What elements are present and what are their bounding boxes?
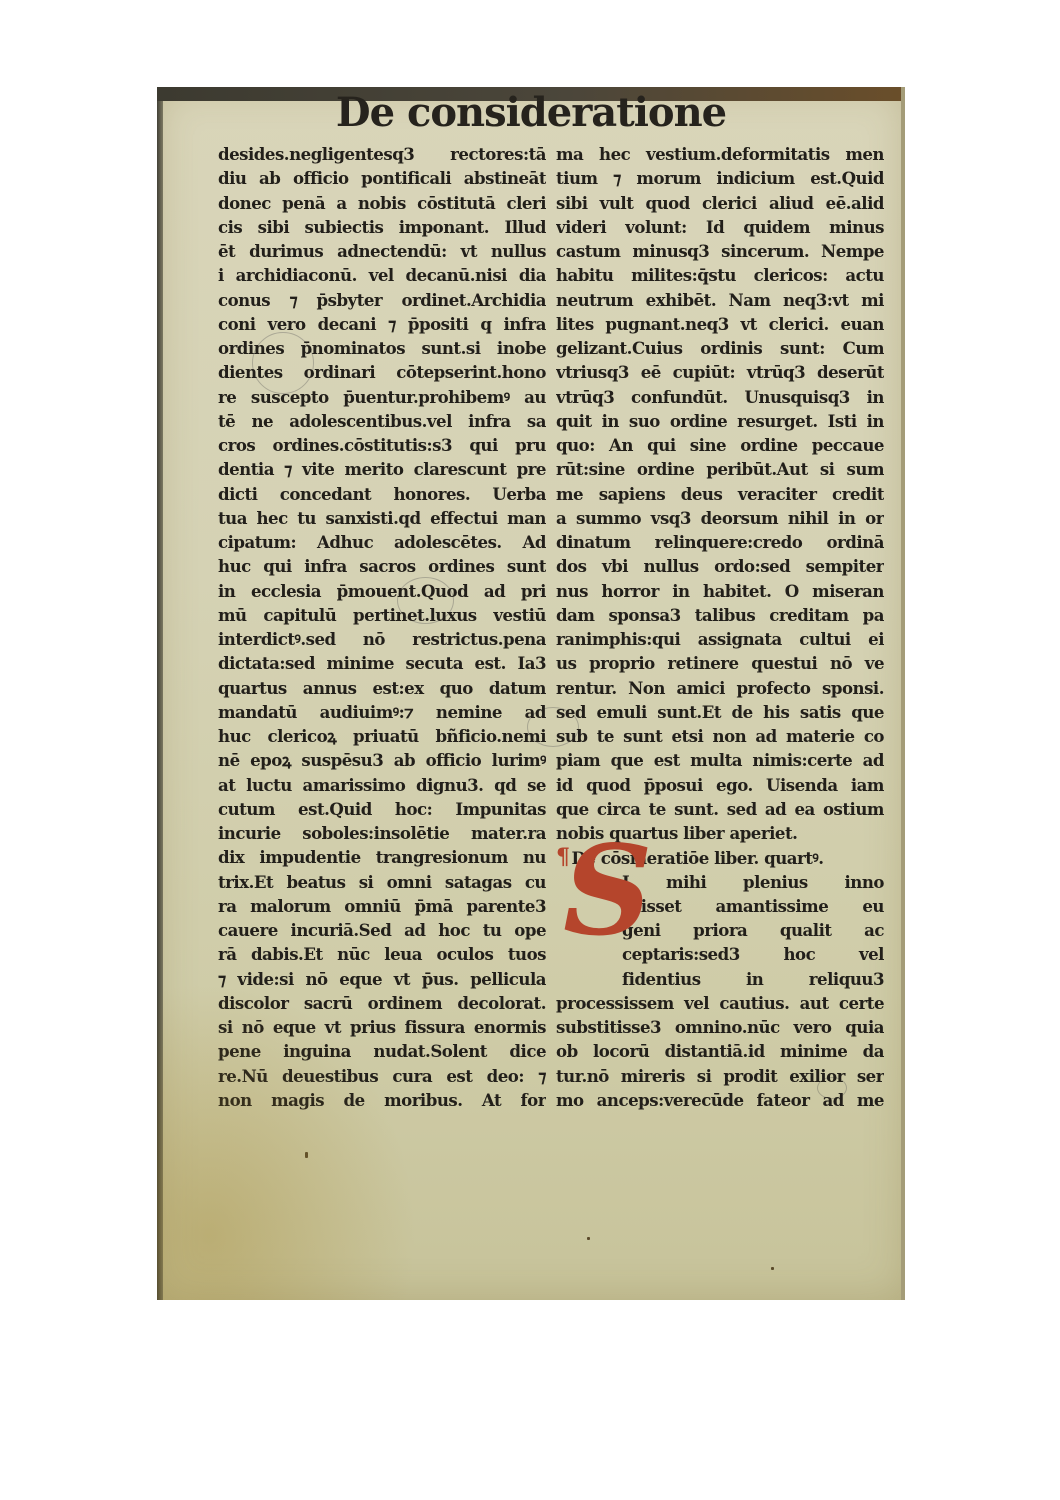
text-line: castum minusq3 sincerum. Nempe: [556, 239, 884, 263]
text-line: quo: An qui sine ordine peccaue: [556, 433, 884, 457]
text-line: lites pugnant.neq3 vt clerici. euan: [556, 312, 884, 336]
right-text-column: ma hec vestium.deformitatis men tium ⁊ m…: [556, 142, 884, 1112]
page-right-edge: [901, 87, 905, 1300]
text-line: diu ab officio pontificali abstineāt: [218, 166, 546, 190]
text-line: si nō eque vt prius fissura enormis: [218, 1015, 546, 1039]
text-line: mandatū audiuimꝰ:⁊ nemine ad: [218, 700, 546, 724]
text-line: non magis de moribus. At for: [218, 1088, 546, 1112]
text-line: quartus annus est:ex quo datum: [218, 676, 546, 700]
text-line: fidentius in reliquu3: [556, 967, 884, 991]
text-line: cauere incuriā.Sed ad hoc tu ope: [218, 918, 546, 942]
left-text-column: desides.negligentesq3 rectores:tā diu ab…: [218, 142, 546, 1112]
text-line: tua hec tu sanxisti.qd effectui man: [218, 506, 546, 530]
text-line: gelizant.Cuius ordinis sunt: Cum: [556, 336, 884, 360]
text-line: cipatum: Adhuc adolescētes. Ad: [218, 530, 546, 554]
text-line: mū capitulū pertinet.luxus vestiū: [218, 603, 546, 627]
text-line: dix impudentie trangresionum nu: [218, 845, 546, 869]
text-line: cis sibi subiectis imponant. Illud: [218, 215, 546, 239]
text-line: cros ordines.cōstitutis:s3 qui pru: [218, 433, 546, 457]
text-line: id quod p̄posui ego. Uisenda iam: [556, 773, 884, 797]
text-line: ēt durimus adnectendū: vt nullus: [218, 239, 546, 263]
text-line: ⁊ vide:si nō eque vt p̄us. pellicula: [218, 967, 546, 991]
text-line: ranimphis:qui assignata cultui ei: [556, 627, 884, 651]
text-line: me sapiens deus veraciter credit: [556, 482, 884, 506]
text-line: a summo vsq3 deorsum nihil in or: [556, 506, 884, 530]
text-line: donec penā a nobis cōstitutā cleri: [218, 191, 546, 215]
text-line: ma hec vestium.deformitatis men: [556, 142, 884, 166]
text-line: incurie soboles:insolētie mater.ra: [218, 821, 546, 845]
text-line: neutrum exhibēt. Nam neq3:vt mi: [556, 288, 884, 312]
text-line: in ecclesia p̄mouent.Quod ad pri: [218, 579, 546, 603]
text-line: ra malorum omniū p̄mā parente3: [218, 894, 546, 918]
text-line: re suscepto p̄uentur.prohibemꝰ au: [218, 385, 546, 409]
text-line: dam sponsa3 talibus creditam pa: [556, 603, 884, 627]
paper-blemish: [587, 1237, 590, 1240]
text-line: rentur. Non amici profecto sponsi.: [556, 676, 884, 700]
text-line: desides.negligentesq3 rectores:tā: [218, 142, 546, 166]
text-line: pene inguina nudat.Solent dice: [218, 1039, 546, 1063]
text-line: trix.Et beatus si omni satagas cu: [218, 870, 546, 894]
text-line: dos vbi nullus ordo:sed sempiter: [556, 554, 884, 578]
text-line: nus horror in habitet. O miseran: [556, 579, 884, 603]
text-line: vtrūq3 confundūt. Unusquisq3 in: [556, 385, 884, 409]
text-line: sed emuli sunt.Et de his satis que: [556, 700, 884, 724]
paper-blemish: [771, 1267, 774, 1270]
text-line: substitisse3 omnino.nūc vero quia: [556, 1015, 884, 1039]
text-line: vtriusq3 eē cupiūt: vtrūq3 deserūt: [556, 360, 884, 384]
text-line: at luctu amarissimo dignu3. qd se: [218, 773, 546, 797]
text-line: piam que est multa nimis:certe ad: [556, 748, 884, 772]
text-line: processissem vel cautius. aut certe: [556, 991, 884, 1015]
text-line: videri volunt: Id quidem minus: [556, 215, 884, 239]
text-line: nē epoꝝ suspēsu3 ab officio lurimꝰ: [218, 748, 546, 772]
text-line: re.Nū deuestibus cura est deo: ⁊: [218, 1064, 546, 1088]
text-line: us proprio retinere questui nō ve: [556, 651, 884, 675]
manuscript-page: De consideratione desides.negligentesq3 …: [157, 87, 905, 1300]
text-line: dicti concedant honores. Uerba: [218, 482, 546, 506]
text-line: habitu milites:q̄stu clericos: actu: [556, 263, 884, 287]
text-line: huc qui infra sacros ordines sunt: [218, 554, 546, 578]
text-line: que circa te sunt. sed ad ea ostium: [556, 797, 884, 821]
text-line: tur.nō mireris si prodit exilior ser: [556, 1064, 884, 1088]
text-line: ordines p̄nominatos sunt.si inobe: [218, 336, 546, 360]
text-line: dinatum relinquere:credo ordinā: [556, 530, 884, 554]
text-line: dentia ⁊ vite merito clarescunt pre: [218, 457, 546, 481]
text-line: sub te sunt etsi non ad materie co: [556, 724, 884, 748]
text-line: ob locorū distantiā.id minime da: [556, 1039, 884, 1063]
text-line: conus ⁊ p̄sbyter ordinet.Archidia: [218, 288, 546, 312]
text-line: rūt:sine ordine peribūt.Aut si sum: [556, 457, 884, 481]
running-head: De consideratione: [157, 93, 905, 133]
text-line: i archidiaconū. vel decanū.nisi dia: [218, 263, 546, 287]
text-line: coni vero decani ⁊ p̄positi q infra: [218, 312, 546, 336]
text-line: quit in suo ordine resurget. Isti in: [556, 409, 884, 433]
text-line: dictata:sed minime secuta est. Ia3: [218, 651, 546, 675]
text-line: sibi vult quod clerici aliud eē.alid: [556, 191, 884, 215]
text-line: discolor sacrū ordinem decolorat.: [218, 991, 546, 1015]
paper-blemish: [305, 1152, 308, 1158]
text-line: rā dabis.Et nūc leua oculos tuos: [218, 942, 546, 966]
text-line: huc clericoꝝ priuatū bñficio.nemi: [218, 724, 546, 748]
rubricated-initial-letter: S: [563, 832, 633, 952]
text-line: tium ⁊ morum indicium est.Quid: [556, 166, 884, 190]
text-line: cutum est.Quid hoc: Impunitas: [218, 797, 546, 821]
text-line: mo anceps:verecūde fateor ad me: [556, 1088, 884, 1112]
text-line: dientes ordinari cōtepserint.hono: [218, 360, 546, 384]
text-line: interdictꝰ.sed nō restrictus.pena: [218, 627, 546, 651]
text-line: tē ne adolescentibus.vel infra sa: [218, 409, 546, 433]
